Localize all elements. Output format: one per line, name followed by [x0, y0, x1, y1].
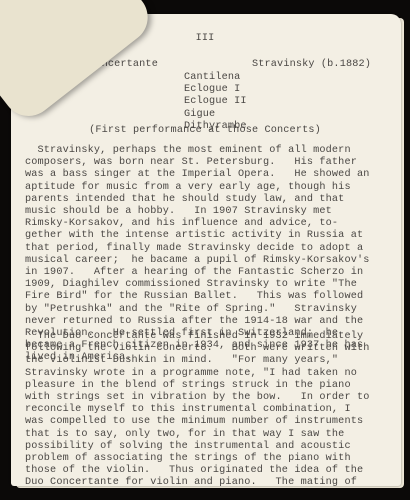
text-line: reconcile myself to this instrumental co… [25, 404, 370, 416]
text-line: musical career; he bacame a pupil of Rim… [25, 255, 370, 267]
performance-note: (First performance at those Concerts) [0, 125, 410, 137]
text-line: was a bass singer at the Imperial Opera.… [25, 169, 370, 181]
text-line: gether with the intense artistic activit… [25, 230, 370, 242]
text-line: Duo Concertante for violin and piano. Th… [25, 477, 370, 489]
text-line: Rimsky-Korsakov, and his influence and a… [25, 218, 370, 230]
text-line: that period, finally made Stravinsky dec… [25, 243, 370, 255]
movement-item: Cantilena [184, 72, 247, 84]
movement-item: Eclogue I [184, 84, 247, 96]
text-line: music should be a hobby. In 1907 Stravin… [25, 206, 370, 218]
text-line: following the violin concerto. Both were… [25, 343, 370, 355]
text-line: Stravinsky, perhaps the most eminent of … [25, 145, 370, 157]
text-line: never returned to Russia after the 1914-… [25, 316, 370, 328]
text-line: possibility of solving the instrumental … [25, 441, 370, 453]
text-line: in 1907. After a hearing of the Fantasti… [25, 267, 370, 279]
text-line: the violinist Dushkin in mind. "For many… [25, 355, 370, 367]
text-line: aptitude for music from a very early age… [25, 182, 370, 194]
paragraph-duo-concertante: The Duo Concertante was finished in 1932… [25, 331, 370, 490]
text-line: Stravinsky wrote in a programme note, "I… [25, 368, 370, 380]
text-line: with strings set in vibration by the bow… [25, 392, 370, 404]
text-line: pleasure in the blend of strings struck … [25, 380, 370, 392]
text-line: parents intended that he should study la… [25, 194, 370, 206]
text-line: Fire Bird" for the Russian Ballet. This … [25, 291, 370, 303]
movement-list: CantilenaEclogue IEclogue IIGigueDithyra… [184, 72, 247, 133]
text-line: was compelled to use the minimum number … [25, 416, 370, 428]
text-line: 1909, Diaghilev commissioned Stravinsky … [25, 279, 370, 291]
text-line: problem of associating the strings of th… [25, 453, 370, 465]
text-line: by "Petrushka" and the "Rite of Spring."… [25, 304, 370, 316]
movement-item: Gigue [184, 109, 247, 121]
composer-name: Stravinsky (b.1882) [252, 59, 371, 71]
movement-item: Eclogue II [184, 96, 247, 108]
text-line: those of the violin. Thus originated the… [25, 465, 370, 477]
text-line: that is to say, only two, for in that wa… [25, 429, 370, 441]
text-line: The Duo Concertante was finished in 1932… [25, 331, 370, 343]
text-line: composers, was born near St. Petersburg.… [25, 157, 370, 169]
